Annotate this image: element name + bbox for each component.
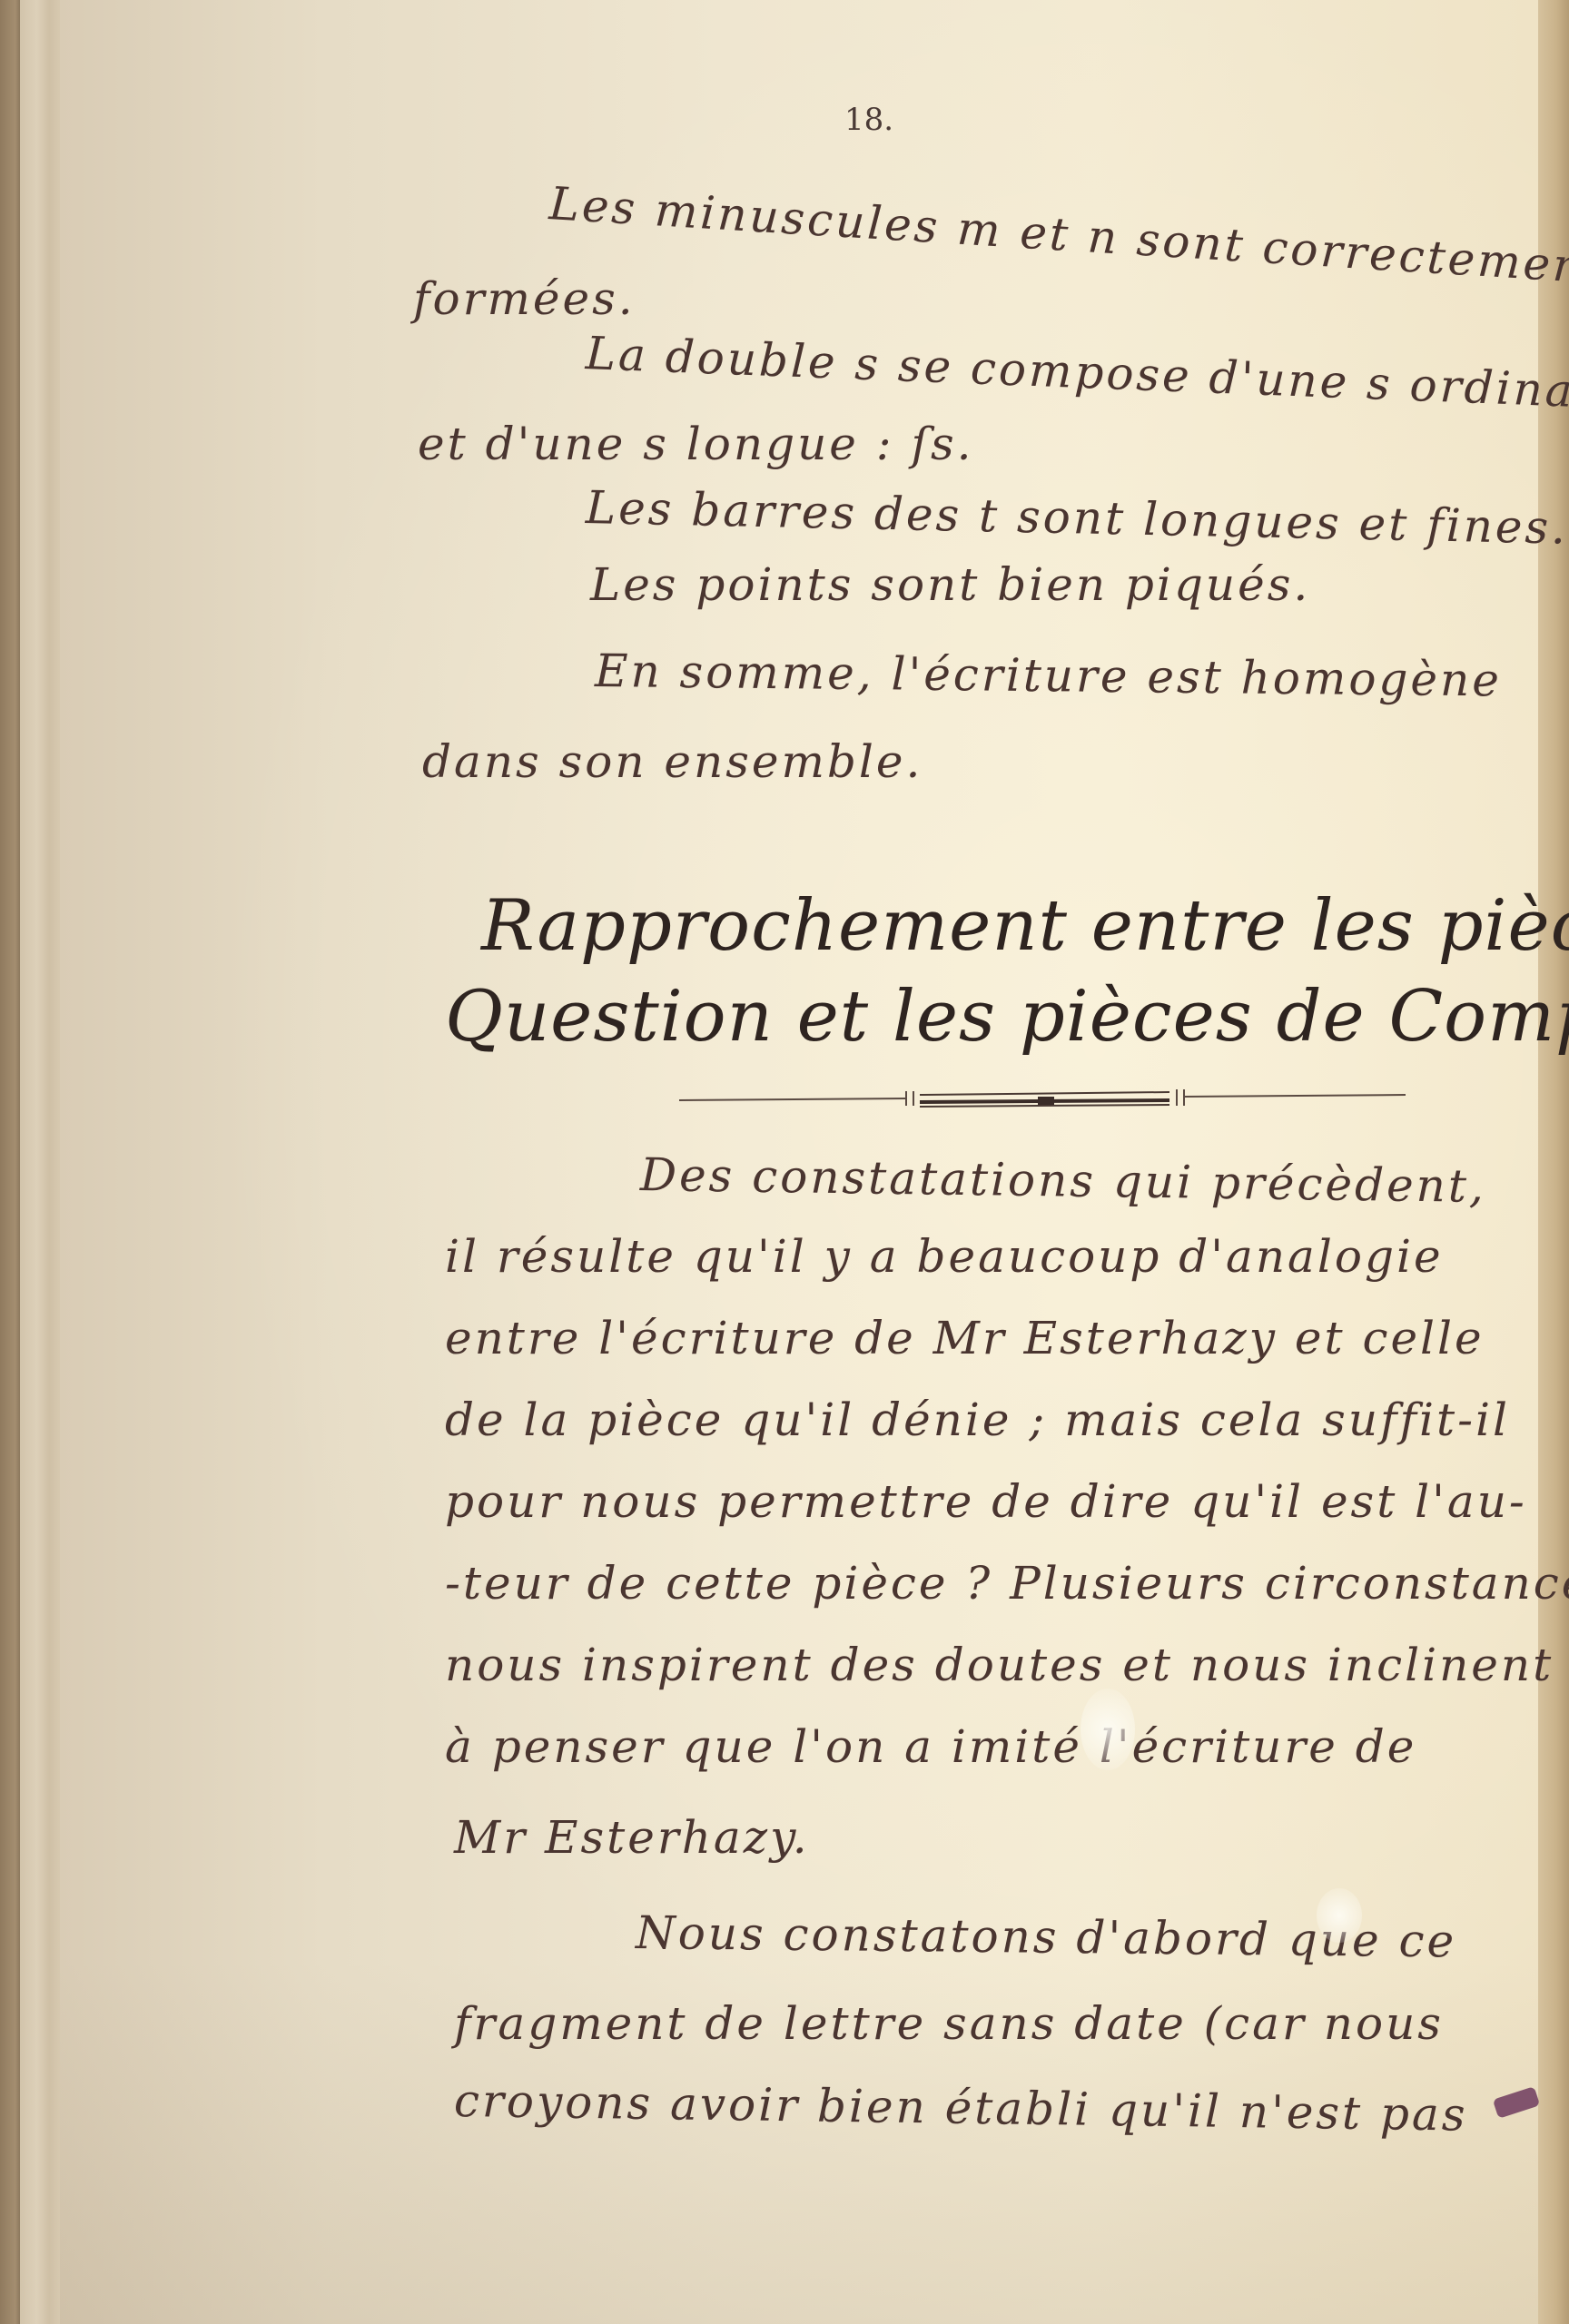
section-heading-line-2: Question et les pièces de Comparaison — [445, 976, 1569, 1058]
page-number: 18. — [844, 102, 893, 138]
text-line: à penser que l'on a imité l'écriture de — [445, 1720, 1416, 1773]
text-line: et d'une s longue : ſs. — [418, 418, 974, 470]
text-line: il résulte qu'il y a beaucoup d'analogie — [445, 1230, 1444, 1283]
text-line: -teur de cette pièce ? Plusieurs circons… — [445, 1557, 1569, 1610]
paper-blemish — [1081, 1689, 1135, 1770]
page-stack-edge — [20, 0, 64, 2324]
paper-blemish — [1317, 1888, 1362, 1943]
text-line: pour nous permettre de dire qu'il est l'… — [445, 1475, 1527, 1528]
text-line: Les points sont bien piqués. — [590, 558, 1310, 611]
section-heading-line-1: Rapprochement entre les pièces de — [481, 885, 1569, 967]
text-line: de la pièce qu'il dénie ; mais cela suff… — [445, 1393, 1510, 1446]
text-line: Mr Esterhazy. — [454, 1811, 810, 1864]
text-line: entre l'écriture de Mr Esterhazy et cell… — [445, 1312, 1485, 1364]
text-line: nous inspirent des doutes et nous inclin… — [445, 1639, 1554, 1691]
text-line: formées. — [413, 272, 636, 325]
page-right-edge — [1538, 0, 1569, 2324]
heading-ornament-divider — [679, 1080, 1406, 1113]
text-line: dans son ensemble. — [422, 735, 923, 788]
text-line: fragment de lettre sans date (car nous — [454, 1997, 1444, 2050]
text-line: En somme, l'écriture est homogène — [595, 645, 1502, 706]
